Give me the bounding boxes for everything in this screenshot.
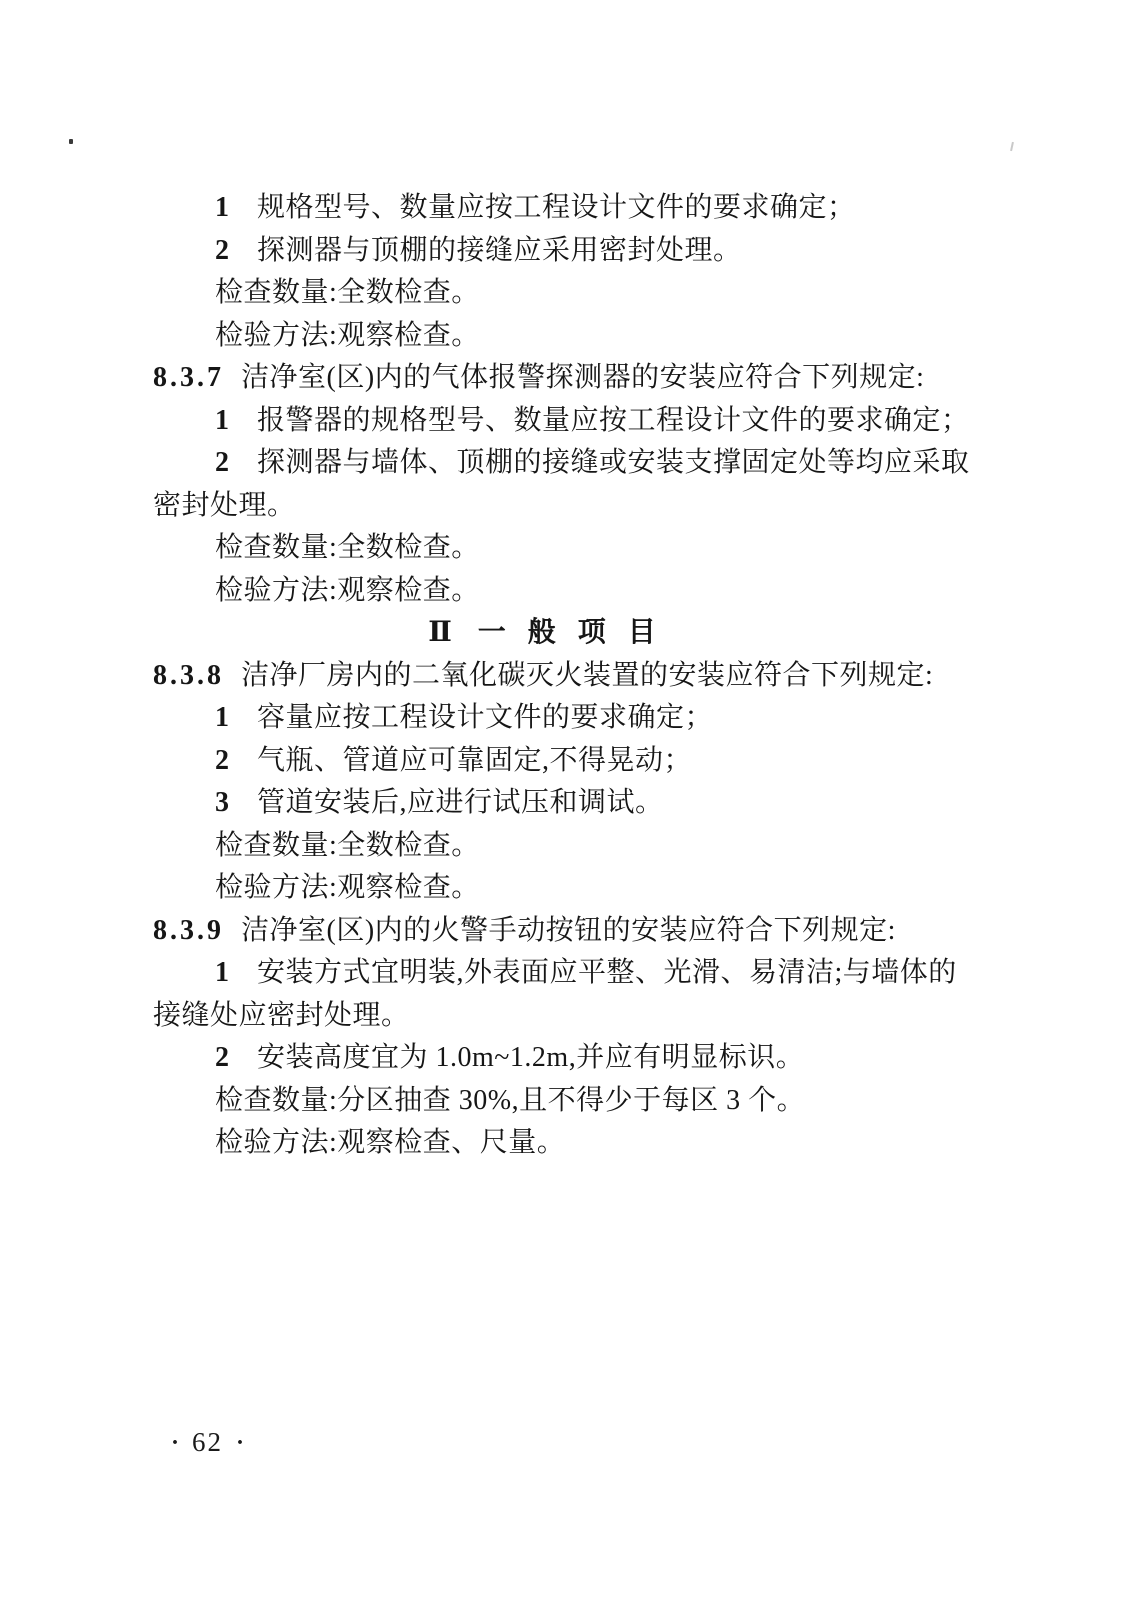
item-line: 2气瓶、管道应可靠固定,不得晃动； xyxy=(153,740,953,783)
clause-line: 8.3.9洁净室(区)内的火警手动按钮的安装应符合下列规定: xyxy=(153,910,953,953)
item-line: 1规格型号、数量应按工程设计文件的要求确定； xyxy=(153,187,953,230)
item-line: 3管道安装后,应进行试压和调试。 xyxy=(153,782,953,825)
line-text: 洁净厂房内的二氧化碳灭火装置的安装应符合下列规定: xyxy=(241,660,933,691)
item-line: 1报警器的规格型号、数量应按工程设计文件的要求确定； xyxy=(153,400,953,443)
item-number: 1 xyxy=(215,400,257,443)
inspection-line: 检查数量:全数检查。 xyxy=(153,527,953,570)
clause-number: 8.3.8 xyxy=(153,660,241,691)
line-text: 洁净室(区)内的气体报警探测器的安装应符合下列规定: xyxy=(241,362,924,393)
line-text: 密封处理。 xyxy=(153,490,296,521)
line-text: 容量应按工程设计文件的要求确定； xyxy=(257,702,713,733)
line-text: 管道安装后,应进行试压和调试。 xyxy=(257,787,664,818)
inspection-line: 检验方法:观察检查。 xyxy=(153,570,953,613)
clause-line: 8.3.7洁净室(区)内的气体报警探测器的安装应符合下列规定: xyxy=(153,357,953,400)
item-number: 1 xyxy=(215,187,257,230)
page-footer: ·62· xyxy=(171,1427,244,1458)
item-line: 2探测器与顶棚的接缝应采用密封处理。 xyxy=(153,230,953,273)
line-text: 检查数量:分区抽查 30%,且不得少于每区 3 个。 xyxy=(215,1085,805,1116)
page-number: 62 xyxy=(192,1427,223,1457)
line-text: 检验方法:观察检查。 xyxy=(215,872,480,903)
item-number: 2 xyxy=(215,740,257,783)
line-text: 洁净室(区)内的火警手动按钮的安装应符合下列规定: xyxy=(241,915,896,946)
line-text: 探测器与顶棚的接缝应采用密封处理。 xyxy=(257,235,742,266)
item-line: 1容量应按工程设计文件的要求确定； xyxy=(153,697,953,740)
document-page: 1规格型号、数量应按工程设计文件的要求确定；2探测器与顶棚的接缝应采用密封处理。… xyxy=(0,0,1142,1600)
item-line: 2探测器与墙体、顶棚的接缝或安装支撑固定处等均应采取 xyxy=(153,442,953,485)
clause-number: 8.3.9 xyxy=(153,915,241,946)
item-number: 3 xyxy=(215,782,257,825)
inspection-line: 检验方法:观察检查、尺量。 xyxy=(153,1122,953,1165)
footer-right-dot: · xyxy=(236,1430,244,1456)
line-text: 探测器与墙体、顶棚的接缝或安装支撑固定处等均应采取 xyxy=(257,447,970,478)
heading-numeral: Ⅱ xyxy=(428,617,452,648)
inspection-line: 检验方法:观察检查。 xyxy=(153,867,953,910)
item-number: 2 xyxy=(215,442,257,485)
line-text: 接缝处应密封处理。 xyxy=(153,1000,410,1031)
item-line: 1安装方式宜明装,外表面应平整、光滑、易清洁;与墙体的 xyxy=(153,952,953,995)
scan-speck-top-left xyxy=(69,139,73,144)
line-text: 检验方法:观察检查、尺量。 xyxy=(215,1127,565,1158)
inspection-line: 检验方法:观察检查。 xyxy=(153,315,953,358)
item-number: 1 xyxy=(215,952,257,995)
item-number: 2 xyxy=(215,1037,257,1080)
line-text: 规格型号、数量应按工程设计文件的要求确定； xyxy=(257,192,856,223)
line-text: 检查数量:全数检查。 xyxy=(215,532,480,563)
line-text: 报警器的规格型号、数量应按工程设计文件的要求确定； xyxy=(257,405,970,436)
line-text: 检查数量:全数检查。 xyxy=(215,277,480,308)
inspection-line: 检查数量:全数检查。 xyxy=(153,272,953,315)
continuation-line: 接缝处应密封处理。 xyxy=(153,995,953,1038)
line-text: 气瓶、管道应可靠固定,不得晃动； xyxy=(257,745,692,776)
item-line: 2安装高度宜为 1.0m~1.2m,并应有明显标识。 xyxy=(153,1037,953,1080)
inspection-line: 检查数量:全数检查。 xyxy=(153,825,953,868)
line-text: 一般项目 xyxy=(478,617,678,648)
document-body: 1规格型号、数量应按工程设计文件的要求确定；2探测器与顶棚的接缝应采用密封处理。… xyxy=(153,187,953,1165)
footer-left-dot: · xyxy=(171,1430,179,1456)
continuation-line: 密封处理。 xyxy=(153,485,953,528)
line-text: 检查数量:全数检查。 xyxy=(215,830,480,861)
scan-speck-top-right xyxy=(1010,142,1014,151)
line-text: 安装方式宜明装,外表面应平整、光滑、易清洁;与墙体的 xyxy=(257,957,957,988)
clause-number: 8.3.7 xyxy=(153,362,241,393)
line-text: 检验方法:观察检查。 xyxy=(215,320,480,351)
line-text: 检验方法:观察检查。 xyxy=(215,575,480,606)
item-number: 2 xyxy=(215,230,257,273)
item-number: 1 xyxy=(215,697,257,740)
clause-line: 8.3.8洁净厂房内的二氧化碳灭火装置的安装应符合下列规定: xyxy=(153,655,953,698)
line-text: 安装高度宜为 1.0m~1.2m,并应有明显标识。 xyxy=(257,1042,804,1073)
inspection-line: 检查数量:分区抽查 30%,且不得少于每区 3 个。 xyxy=(153,1080,953,1123)
section-heading: Ⅱ一般项目 xyxy=(153,612,953,655)
